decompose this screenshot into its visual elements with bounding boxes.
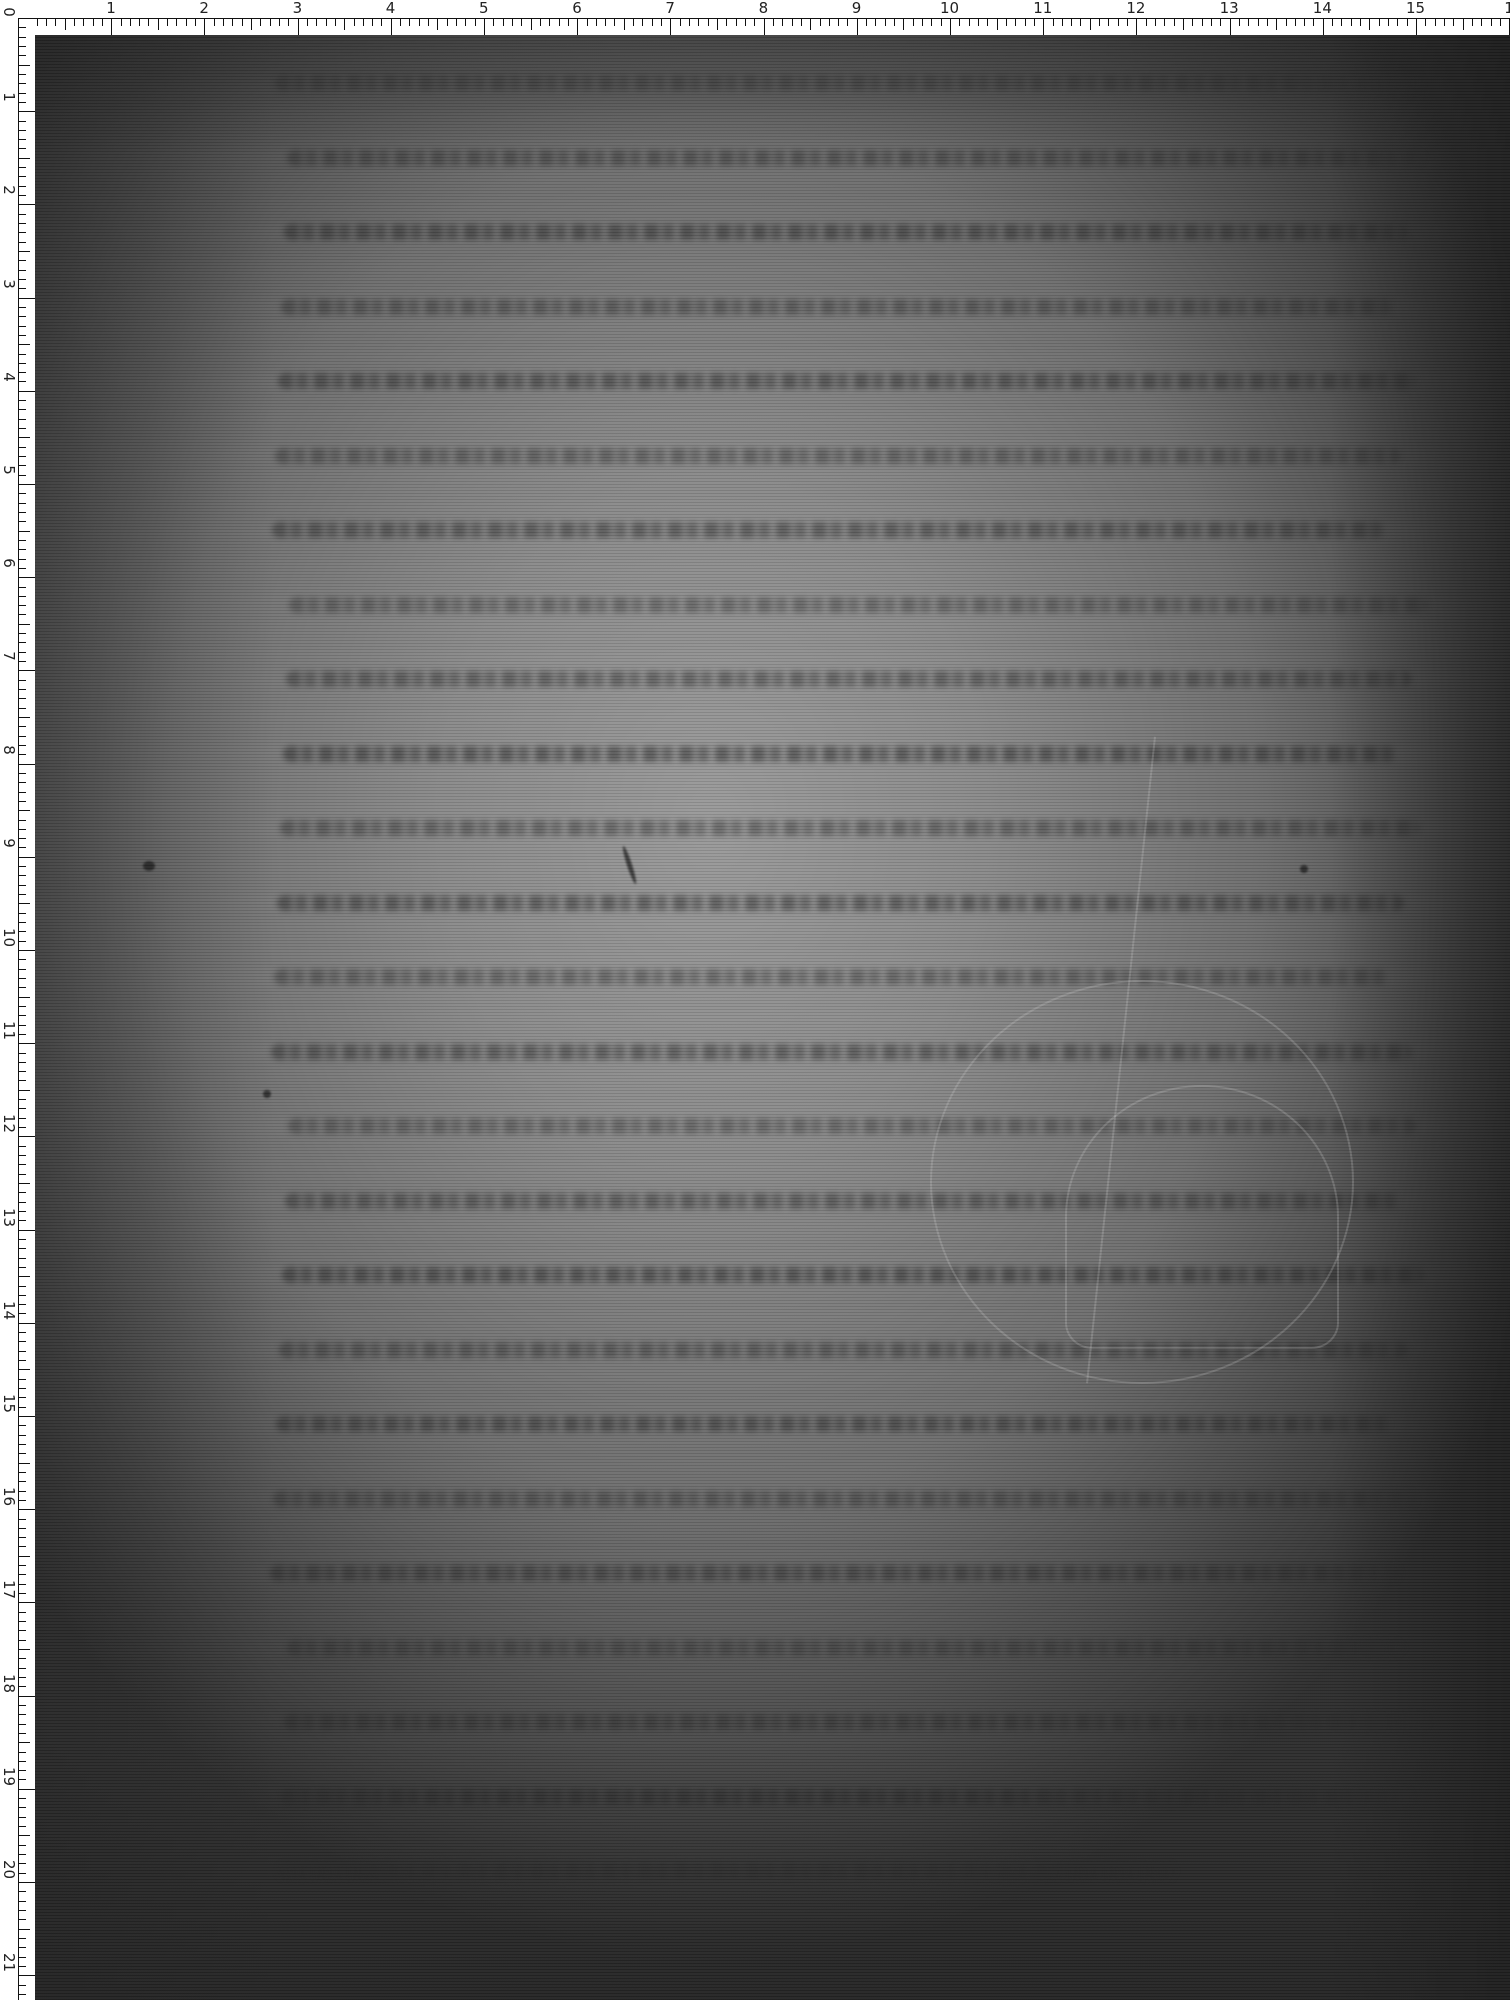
manuscript-text-line — [278, 1863, 1178, 1879]
ruler-label: 14 — [0, 1301, 16, 1317]
ruler-tick — [736, 18, 737, 26]
ruler-tick — [18, 1025, 26, 1026]
ruler-tick — [18, 1351, 26, 1352]
ruler-tick — [810, 18, 811, 30]
ruler-label: 4 — [386, 1, 396, 16]
ruler-tick — [55, 18, 56, 26]
ruler-tick — [18, 1164, 26, 1165]
ruler-tick — [18, 596, 26, 597]
ruler-tick — [18, 139, 26, 140]
ink-blot — [143, 861, 155, 871]
ruler-tick — [18, 521, 26, 522]
ruler-tick — [1276, 18, 1277, 30]
ruler-tick — [18, 1528, 26, 1529]
ruler-tick — [18, 93, 26, 94]
manuscript-text-line — [284, 1714, 1428, 1730]
ruler-tick — [18, 568, 26, 569]
ruler-tick — [18, 847, 26, 848]
ruler-tick — [978, 18, 979, 26]
ruler-tick — [18, 1835, 30, 1836]
ruler-tick — [18, 270, 26, 271]
ruler-tick — [18, 577, 35, 578]
ruler-tick — [1435, 18, 1436, 26]
ruler-tick — [18, 652, 26, 653]
ruler-tick — [204, 18, 205, 35]
ruler-label: 5 — [0, 462, 16, 478]
ruler-tick — [18, 1146, 26, 1147]
ruler-tick — [18, 251, 30, 252]
ruler-tick — [875, 18, 876, 26]
ruler-tick — [18, 540, 26, 541]
ruler-tick — [18, 363, 26, 364]
ruler-tick — [18, 698, 26, 699]
ruler-tick — [18, 820, 26, 821]
ruler-tick — [1071, 18, 1072, 26]
ruler-tick — [363, 18, 364, 26]
ruler-tick — [18, 1006, 26, 1007]
ruler-tick — [298, 18, 299, 35]
ruler-tick — [838, 18, 839, 26]
ruler-tick — [18, 1957, 26, 1958]
ruler-tick — [18, 736, 26, 737]
ruler-tick — [1491, 18, 1492, 26]
ruler-tick — [130, 18, 131, 26]
ruler-tick — [18, 37, 26, 38]
ruler-tick — [18, 1183, 30, 1184]
ruler-tick — [1286, 18, 1287, 26]
ruler-tick — [18, 1519, 26, 1520]
ruler-tick — [381, 18, 382, 26]
ruler-tick — [93, 18, 94, 26]
ruler-tick — [1025, 18, 1026, 26]
ruler-tick — [18, 1388, 26, 1389]
ruler-tick — [521, 18, 522, 26]
ruler-tick — [18, 148, 26, 149]
ruler-label: 10 — [940, 1, 959, 16]
ruler-tick — [18, 1752, 26, 1753]
top-ruler: 01234567891011121314151 — [0, 0, 1510, 35]
ruler-tick — [1500, 18, 1501, 26]
ruler-label: 16 — [0, 1487, 16, 1503]
ruler-label: 10 — [0, 928, 16, 944]
ruler-tick — [18, 1015, 26, 1016]
ruler-tick — [18, 931, 26, 932]
ruler-tick — [1332, 18, 1333, 26]
ruler-label: 2 — [199, 1, 209, 16]
ruler-tick — [270, 18, 271, 26]
ruler-tick — [18, 559, 26, 560]
ruler-tick — [18, 419, 26, 420]
ruler-tick — [18, 111, 35, 112]
ruler-tick — [18, 1556, 30, 1557]
manuscript-text-line — [274, 969, 1388, 985]
ruler-label: 6 — [0, 555, 16, 571]
ruler-tick — [18, 1742, 30, 1743]
ruler-tick — [18, 1612, 26, 1613]
ruler-tick — [1034, 18, 1035, 26]
ruler-tick — [167, 18, 168, 26]
ruler-tick — [1062, 18, 1063, 26]
ruler-tick — [242, 18, 243, 26]
ruler-tick — [18, 782, 26, 783]
ruler-label: 8 — [759, 1, 769, 16]
ruler-tick — [18, 978, 26, 979]
ruler-tick — [18, 987, 26, 988]
manuscript-text-line — [284, 224, 1408, 240]
ruler-tick — [1043, 18, 1044, 35]
ruler-tick — [18, 903, 30, 904]
ruler-tick — [1267, 18, 1268, 26]
ruler-tick — [18, 1649, 30, 1650]
ruler-tick — [18, 885, 26, 886]
ruler-tick — [1118, 18, 1119, 26]
ruler-tick — [18, 400, 26, 401]
ruler-tick — [354, 18, 355, 26]
ruler-tick — [18, 1696, 35, 1697]
ruler-tick — [18, 1770, 26, 1771]
ruler-tick — [18, 1267, 26, 1268]
ruler-tick — [1192, 18, 1193, 26]
ruler-tick — [931, 18, 932, 26]
ruler-tick — [512, 18, 513, 26]
ruler-tick — [326, 18, 327, 26]
ruler-tick — [614, 18, 615, 26]
ruler-tick — [18, 1127, 26, 1128]
ruler-tick — [1323, 18, 1324, 35]
ruler-tick — [18, 614, 26, 615]
ruler-tick — [475, 18, 476, 26]
ruler-tick — [773, 18, 774, 26]
ruler-tick — [18, 1985, 26, 1986]
ruler-label: 1 — [1504, 1, 1510, 16]
ruler-tick — [764, 18, 765, 35]
ruler-tick — [18, 810, 30, 811]
ruler-tick — [18, 242, 26, 243]
ruler-tick — [18, 773, 26, 774]
ruler-tick — [18, 223, 26, 224]
ruler-tick — [18, 465, 26, 466]
ruler-tick — [428, 18, 429, 26]
ruler-tick — [18, 857, 35, 858]
ruler-tick — [549, 18, 550, 26]
ruler-tick — [18, 475, 26, 476]
ruler-tick — [18, 922, 26, 923]
ruler-tick — [885, 18, 886, 26]
ruler-tick — [18, 1136, 35, 1137]
ruler-tick — [18, 1192, 26, 1193]
ruler-tick — [587, 18, 588, 26]
ruler-tick — [698, 18, 699, 26]
ruler-tick — [1080, 18, 1081, 26]
ruler-tick — [18, 288, 26, 289]
ruler-tick — [950, 18, 951, 35]
ruler-tick — [1416, 18, 1417, 35]
ruler-tick — [18, 1947, 26, 1948]
ruler-tick — [708, 18, 709, 26]
ruler-tick — [18, 279, 26, 280]
ruler-tick — [18, 1789, 35, 1790]
ruler-tick — [1379, 18, 1380, 26]
ruler-tick — [18, 1584, 26, 1585]
ruler-tick — [18, 167, 26, 168]
ruler-tick — [18, 1602, 35, 1603]
ruler-tick — [726, 18, 727, 26]
ruler-label: 13 — [1220, 1, 1239, 16]
ruler-tick — [18, 587, 26, 588]
ruler-tick — [18, 1174, 26, 1175]
ruler-label: 15 — [1406, 1, 1425, 16]
ruler-tick — [18, 335, 26, 336]
ruler-tick — [18, 1565, 26, 1566]
ruler-label: 0 — [0, 4, 16, 20]
ruler-tick — [484, 18, 485, 35]
manuscript-text-line — [287, 150, 1424, 166]
ruler-tick — [801, 18, 802, 26]
ruler-tick — [18, 1407, 26, 1408]
ruler-label: 12 — [0, 1114, 16, 1130]
ruler-tick — [1239, 18, 1240, 26]
ruler-tick — [18, 83, 26, 84]
manuscript-text-line — [280, 820, 1420, 836]
ruler-tick — [18, 1258, 26, 1259]
ruler-tick — [18, 1481, 26, 1482]
ruler-tick — [18, 1714, 26, 1715]
ruler-tick — [18, 1230, 35, 1231]
ruler-tick — [18, 1901, 26, 1902]
ruler-tick — [18, 1090, 30, 1091]
ruler-tick — [18, 512, 26, 513]
ruler-tick — [18, 1891, 26, 1892]
ruler-tick — [820, 18, 821, 26]
ruler-tick — [18, 307, 26, 308]
ruler-tick — [18, 1929, 30, 1930]
ruler-label: 5 — [479, 1, 489, 16]
ruler-tick — [503, 18, 504, 26]
ruler-tick — [18, 1220, 26, 1221]
ruler-tick — [18, 726, 26, 727]
ruler-tick — [372, 18, 373, 26]
manuscript-text-line — [275, 448, 1400, 464]
ruler-label: 1 — [0, 89, 16, 105]
ruler-tick — [214, 18, 215, 26]
ruler-tick — [18, 1425, 26, 1426]
ruler-tick — [1127, 18, 1128, 26]
ruler-tick — [18, 1500, 26, 1501]
ruler-tick — [18, 372, 26, 373]
ruler-tick — [745, 18, 746, 26]
ruler-tick — [1463, 18, 1464, 30]
ruler-tick — [148, 18, 149, 26]
ruler-tick — [18, 195, 26, 196]
ruler-tick — [18, 298, 35, 299]
ruler-tick — [195, 18, 196, 26]
ruler-tick — [894, 18, 895, 26]
ruler-tick — [624, 18, 625, 30]
manuscript-text-line — [272, 522, 1384, 538]
ruler-label: 9 — [0, 835, 16, 851]
ruler-tick — [18, 1397, 26, 1398]
ruler-tick — [18, 708, 26, 709]
ruler-tick — [18, 121, 26, 122]
ruler-tick — [18, 1043, 35, 1044]
ruler-tick — [1248, 18, 1249, 26]
ruler-tick — [18, 354, 26, 355]
ruler-tick — [18, 1379, 26, 1380]
ruler-tick — [1164, 18, 1165, 26]
ruler-label: 8 — [0, 742, 16, 758]
ruler-tick — [1341, 18, 1342, 26]
ruler-tick — [18, 1286, 26, 1287]
ruler-tick — [18, 969, 26, 970]
ruler-tick — [18, 1966, 26, 1967]
ruler-tick — [1388, 18, 1389, 26]
vignette-right — [1330, 35, 1510, 2000]
ruler-tick — [18, 1807, 26, 1808]
left-ruler: 0123456789101112131415161718192021 — [0, 0, 35, 2000]
ruler-tick — [18, 1155, 26, 1156]
ruler-tick — [1258, 18, 1259, 26]
ruler-tick — [18, 661, 26, 662]
ruler-tick — [18, 1202, 26, 1203]
ruler-tick — [18, 717, 30, 718]
ruler-tick — [18, 55, 26, 56]
manuscript-text-line — [287, 1640, 1404, 1656]
ruler-label: 20 — [0, 1860, 16, 1876]
ruler-tick — [18, 1677, 26, 1678]
ruler-label: 14 — [1313, 1, 1332, 16]
ruler-tick — [18, 186, 26, 187]
ruler-tick — [1146, 18, 1147, 26]
ruler-tick — [680, 18, 681, 26]
ruler-tick — [18, 447, 26, 448]
ruler-tick — [18, 1332, 26, 1333]
ruler-tick — [18, 344, 30, 345]
ruler-tick — [903, 18, 904, 30]
manuscript-text-line — [281, 1789, 1412, 1805]
ruler-tick — [102, 18, 103, 26]
ruler-tick — [987, 18, 988, 26]
manuscript-text-line — [278, 373, 1416, 389]
ruler-tick — [1313, 18, 1314, 26]
ruler-tick — [18, 1826, 26, 1827]
ruler-tick — [18, 1873, 26, 1874]
ruler-tick — [335, 18, 336, 26]
manuscript-text-line — [286, 671, 1412, 687]
ruler-label: 9 — [852, 1, 862, 16]
ruler-tick — [18, 316, 26, 317]
ruler-tick — [596, 18, 597, 26]
ruler-tick — [18, 1453, 26, 1454]
ruler-label: 17 — [0, 1580, 16, 1596]
ruler-tick — [941, 18, 942, 26]
ruler-tick — [18, 1369, 30, 1370]
ruler-label: 7 — [0, 648, 16, 664]
ruler-tick — [139, 18, 140, 26]
ruler-tick — [18, 838, 26, 839]
ruler-label: 21 — [0, 1953, 16, 1969]
ruler-tick — [689, 18, 690, 26]
ruler-tick — [260, 18, 261, 26]
ruler-tick — [232, 18, 233, 26]
ruler-tick — [18, 1854, 26, 1855]
ruler-tick — [18, 894, 26, 895]
ruler-tick — [18, 176, 26, 177]
ruler-tick — [18, 1080, 26, 1081]
ruler-tick — [18, 484, 35, 485]
ruler-tick — [18, 1295, 26, 1296]
ruler-tick — [18, 1248, 26, 1249]
manuscript-text-line — [277, 895, 1404, 911]
vignette-left — [35, 35, 275, 2000]
ruler-tick — [18, 754, 26, 755]
ruler-tick — [652, 18, 653, 26]
ruler-tick — [46, 18, 47, 26]
ruler-tick — [18, 941, 26, 942]
ruler-tick — [18, 1574, 26, 1575]
ruler-tick — [1472, 18, 1473, 26]
ruler-tick — [857, 18, 858, 35]
ruler-tick — [18, 549, 26, 550]
ruler-tick — [1136, 18, 1137, 35]
ruler-tick — [18, 27, 26, 28]
ruler-tick — [18, 130, 26, 131]
ruler-tick — [605, 18, 606, 26]
ruler-tick — [18, 1621, 26, 1622]
ruler-tick — [1015, 18, 1016, 26]
ruler-tick — [18, 1938, 26, 1939]
ruler-tick — [18, 503, 26, 504]
ruler-tick — [540, 18, 541, 26]
ink-blot — [263, 1090, 271, 1098]
ruler-tick — [18, 1761, 26, 1762]
ruler-tick — [83, 18, 84, 26]
ruler-label: 3 — [0, 276, 16, 292]
ruler-label: 18 — [0, 1674, 16, 1690]
ruler-tick — [18, 745, 26, 746]
ruler-tick — [922, 18, 923, 26]
ruler-tick — [18, 1509, 35, 1510]
ruler-tick — [782, 18, 783, 26]
ruler-tick — [18, 1537, 26, 1538]
ruler-tick — [1006, 18, 1007, 26]
ruler-tick — [18, 1845, 26, 1846]
ruler-tick — [18, 913, 26, 914]
ruler-tick — [18, 680, 26, 681]
ruler-tick — [65, 18, 66, 30]
ruler-tick — [18, 1304, 26, 1305]
ruler-tick — [18, 1668, 26, 1669]
ruler-tick — [913, 18, 914, 26]
ruler-tick — [307, 18, 308, 26]
manuscript-text-line — [270, 1565, 1400, 1581]
ruler-tick — [18, 18, 35, 19]
manuscript-scan — [35, 35, 1510, 2000]
ruler-tick — [18, 1416, 35, 1417]
ruler-tick — [18, 1463, 30, 1464]
ruler-tick — [18, 959, 26, 960]
ruler-label: 2 — [0, 182, 16, 198]
ruler-tick — [18, 1863, 26, 1864]
ruler-tick — [344, 18, 345, 30]
ruler-label: 11 — [1033, 1, 1052, 16]
ruler-tick — [531, 18, 532, 30]
ruler-tick — [186, 18, 187, 26]
ruler-tick — [279, 18, 280, 26]
ruler-tick — [18, 1444, 26, 1445]
ruler-tick — [18, 1211, 26, 1212]
ruler-tick — [1053, 18, 1054, 26]
ruler-tick — [18, 260, 26, 261]
